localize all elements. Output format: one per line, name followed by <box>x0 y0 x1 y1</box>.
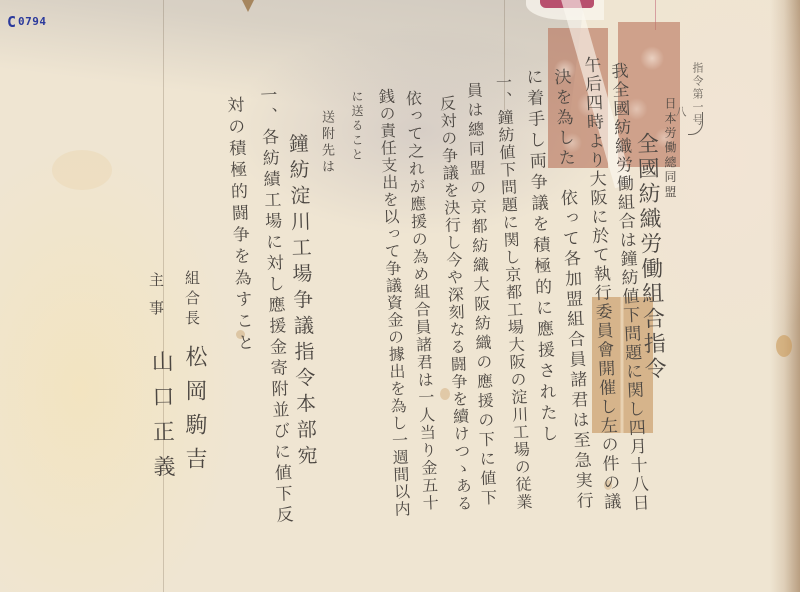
stain <box>776 335 792 357</box>
directive-number-bracket <box>688 112 703 135</box>
item-1-line-6: に送ること <box>351 90 363 163</box>
item-2-line-2: 対の積極的闘争を為すこと <box>224 96 252 356</box>
signature-role-union-president: 組合長 <box>184 270 199 330</box>
stain <box>52 150 112 190</box>
destination-label: 送附先は <box>320 110 333 176</box>
signature-role-secretary: 主事 <box>148 272 163 328</box>
scanned-document: C 0794 指令第一号 八 日本労働總同盟 全國紡織労働組合指令 我全國紡織労… <box>0 0 800 592</box>
signature-name-union-president: 松岡駒吉 <box>183 345 205 481</box>
signature-name-secretary: 山口正義 <box>149 350 173 490</box>
archive-stamp-prefix: C <box>7 15 16 30</box>
item-1-line-4: 依って之れが應援の為め組合員諸君は一人当り金五十 <box>404 90 438 513</box>
issuer-name: 日本労働總同盟 <box>664 97 676 200</box>
archive-stamp: C 0794 <box>7 15 47 30</box>
destination-address: 鐘紡淀川工場争議指令本部宛 <box>287 133 316 471</box>
archive-stamp-number: 0794 <box>18 16 47 30</box>
paper-notch <box>242 0 254 12</box>
